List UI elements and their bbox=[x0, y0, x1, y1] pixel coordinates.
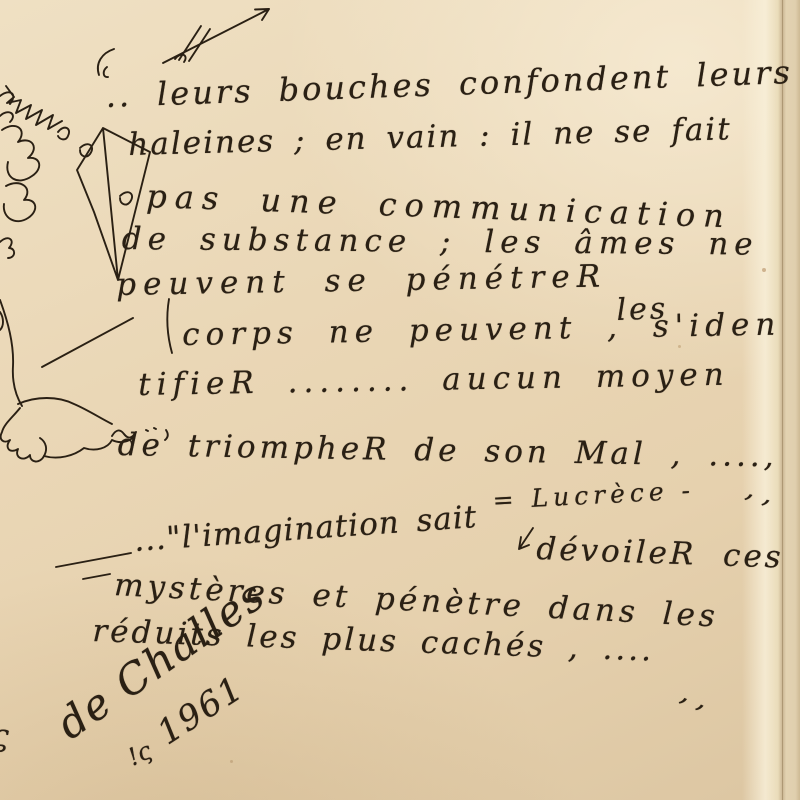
sketch-loops bbox=[2, 126, 39, 181]
double-stroke-mark bbox=[175, 26, 210, 62]
arrow-up-right-icon bbox=[163, 9, 269, 63]
edge-squiggle bbox=[0, 238, 14, 330]
handwritten-line-4: de substance ; les âmes ne bbox=[122, 224, 759, 261]
dash-long bbox=[56, 553, 131, 567]
left-edge-mark: ς bbox=[0, 722, 9, 752]
handwritten-line-5: peuvent se pénétreR bbox=[116, 261, 607, 301]
insertion-arrow-icon bbox=[519, 528, 533, 549]
sketch-blob bbox=[4, 183, 35, 221]
sketch-foot-top bbox=[18, 398, 112, 424]
dash-short bbox=[83, 574, 110, 579]
manuscript-page: .. leurs bouches confondent leurs halein… bbox=[0, 0, 800, 800]
sketch-leaves bbox=[0, 86, 62, 129]
caret-tick bbox=[167, 299, 172, 353]
curl-mark bbox=[98, 49, 114, 77]
sketch-leg bbox=[0, 300, 22, 406]
handwritten-line-9b: dévoileR ces bbox=[536, 534, 784, 574]
pointer-line bbox=[42, 318, 133, 367]
sketch-foot-toes bbox=[1, 408, 46, 462]
